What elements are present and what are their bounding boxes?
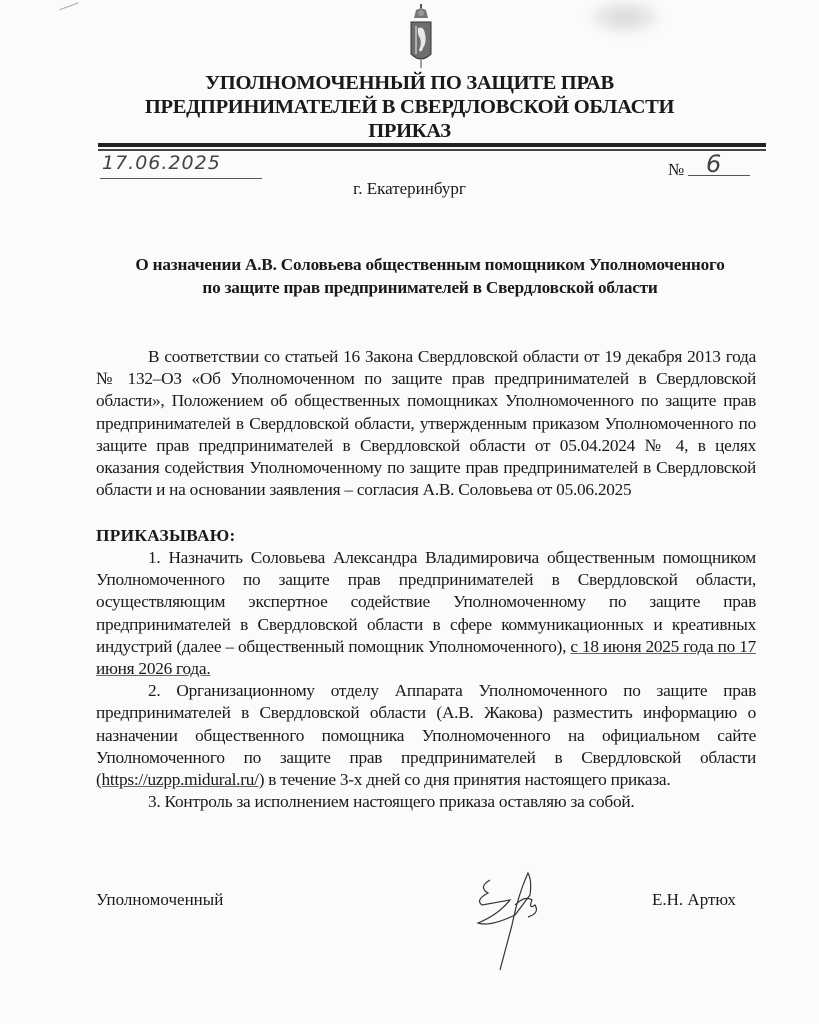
header-rule-thick xyxy=(98,143,766,147)
corner-mark xyxy=(57,0,78,10)
coat-of-arms-icon xyxy=(409,4,433,70)
number-label: № xyxy=(668,160,684,180)
order-item-2: 2. Организационному отделу Аппарата Упол… xyxy=(96,680,756,791)
blurred-region xyxy=(590,0,660,34)
header-rule-thin xyxy=(98,149,766,151)
city: г. Екатеринбург xyxy=(0,179,819,199)
issuer-line-1: УПОЛНОМОЧЕННЫЙ ПО ЗАЩИТЕ ПРАВ xyxy=(0,72,819,95)
title-line-2: по защите прав предпринимателей в Свердл… xyxy=(95,276,765,299)
document-type: ПРИКАЗ xyxy=(0,120,819,143)
order-title: О назначении А.В. Соловьева общественным… xyxy=(95,253,765,299)
order-word: ПРИКАЗЫВАЮ: xyxy=(96,526,236,546)
handwritten-signature xyxy=(470,865,570,990)
signatory-position: Уполномоченный xyxy=(96,890,223,910)
order-items: 1. Назначить Соловьева Александра Владим… xyxy=(96,547,756,813)
order-number: 6 xyxy=(688,150,750,176)
issuer-line-2: ПРЕДПРИНИМАТЕЛЕЙ В СВЕРДЛОВСКОЙ ОБЛАСТИ xyxy=(0,96,819,119)
order-item-3: 3. Контроль за исполнением настоящего пр… xyxy=(96,791,756,813)
site-link[interactable]: (https://uzpp.midural.ru/) xyxy=(96,770,264,789)
preamble: В соответствии со статьей 16 Закона Свер… xyxy=(96,346,756,501)
order-date: 17.06.2025 xyxy=(100,152,262,179)
order-item-1: 1. Назначить Соловьева Александра Владим… xyxy=(96,547,756,680)
signatory-name: Е.Н. Артюх xyxy=(652,890,736,910)
title-line-1: О назначении А.В. Соловьева общественным… xyxy=(95,253,765,276)
